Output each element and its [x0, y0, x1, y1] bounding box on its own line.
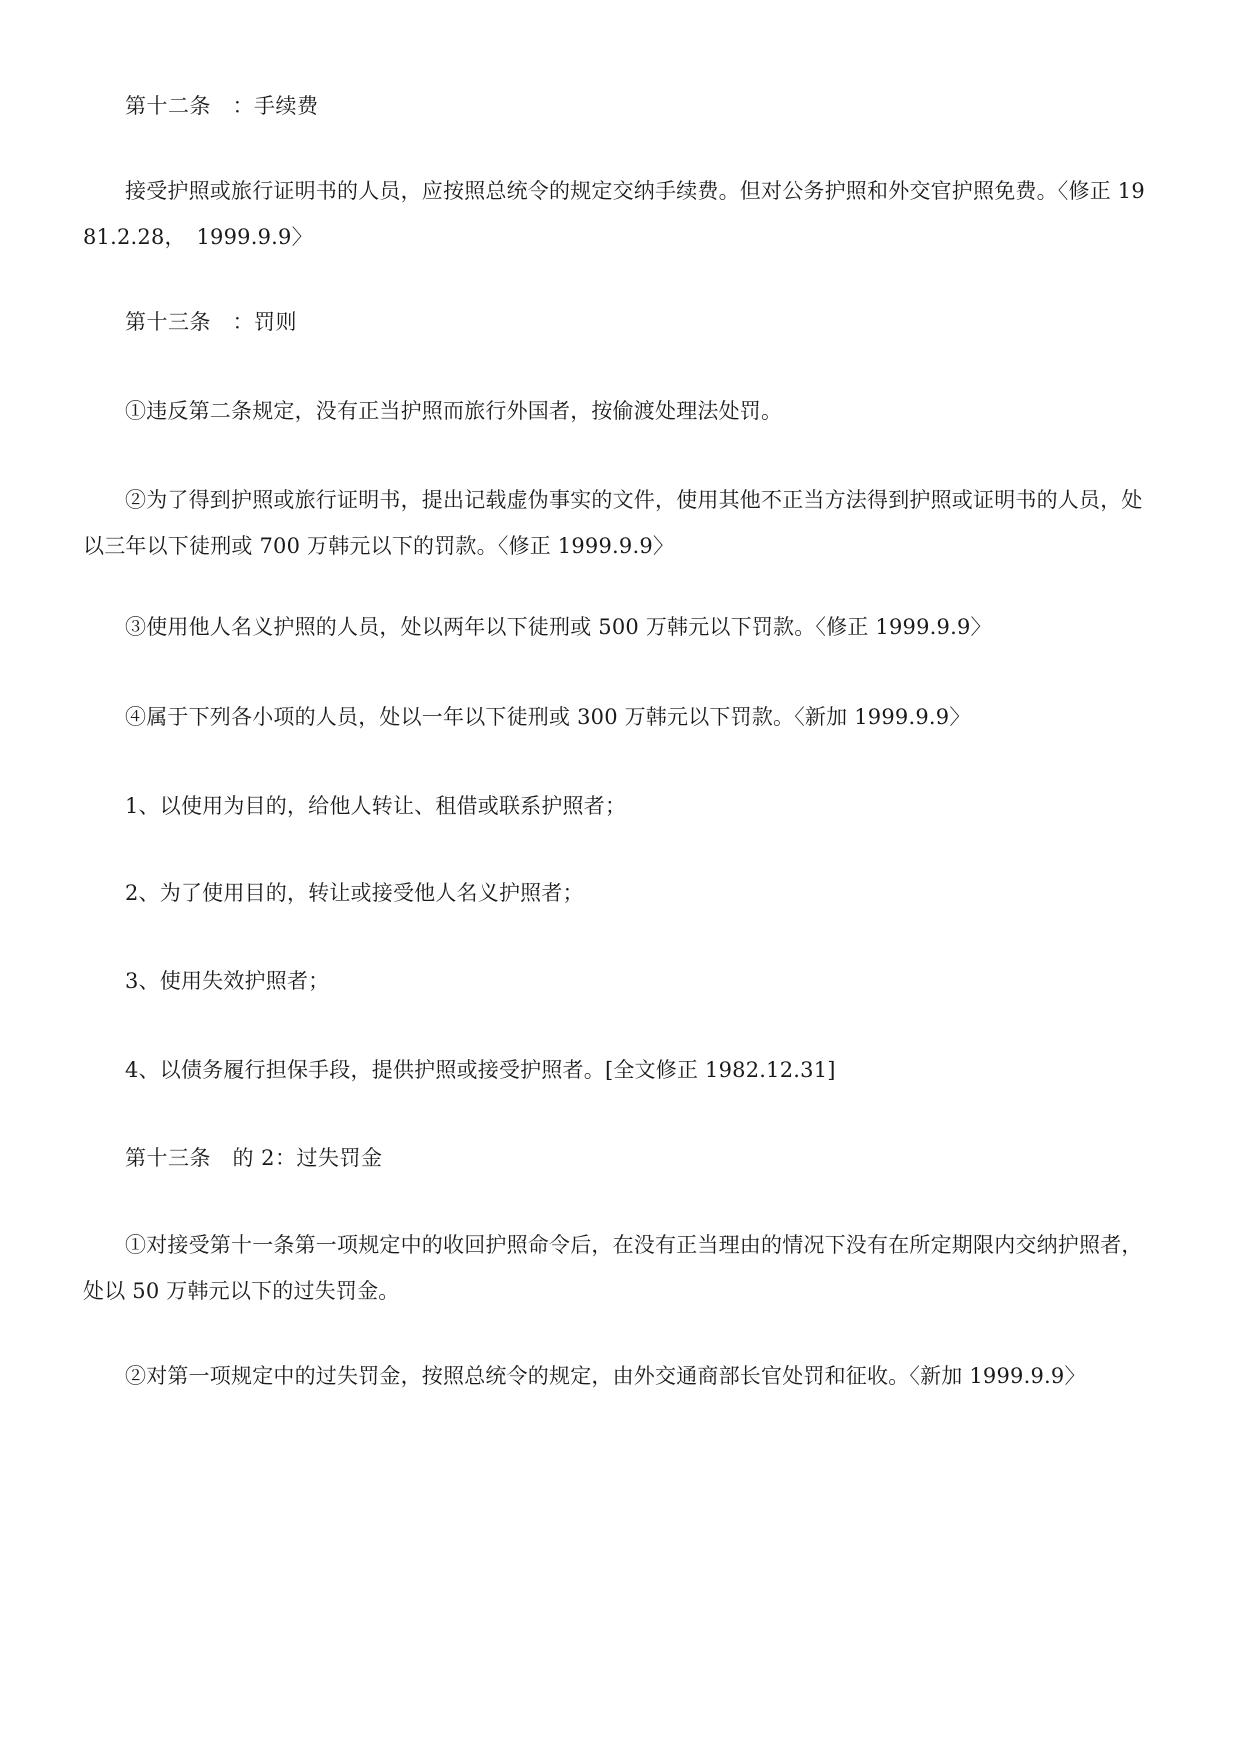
article-13-2-clause-2: ②对第一项规定中的过失罚金，按照总统令的规定，由外交通商部长官处罚和征收。〈新加… — [83, 1353, 1158, 1399]
article-13-clause-1: ①违反第二条规定，没有正当护照而旅行外国者，按偷渡处理法处罚。 — [83, 388, 1158, 434]
article-12-body: 接受护照或旅行证明书的人员，应按照总统令的规定交纳手续费。但对公务护照和外交官护… — [83, 168, 1158, 260]
article-13-subitem-1: 1、以使用为目的，给他人转让、租借或联系护照者； — [83, 783, 1158, 829]
article-13-heading: 第十三条 ：罚则 — [83, 299, 1158, 345]
article-12-heading: 第十二条 ：手续费 — [83, 83, 1158, 129]
article-13-subitem-3: 3、使用失效护照者； — [83, 958, 1158, 1004]
article-13-clause-4: ④属于下列各小项的人员，处以一年以下徒刑或 300 万韩元以下罚款。〈新加 19… — [83, 694, 1158, 740]
article-13-clause-2: ②为了得到护照或旅行证明书，提出记载虚伪事实的文件，使用其他不正当方法得到护照或… — [83, 477, 1158, 569]
article-13-2-heading: 第十三条 的 2：过失罚金 — [83, 1135, 1158, 1181]
article-13-subitem-2: 2、为了使用目的，转让或接受他人名义护照者； — [83, 870, 1158, 916]
article-13-2-clause-1: ①对接受第十一条第一项规定中的收回护照命令后，在没有正当理由的情况下没有在所定期… — [83, 1222, 1158, 1314]
article-13-subitem-4: 4、以债务履行担保手段，提供护照或接受护照者。[全文修正 1982.12.31] — [83, 1047, 1158, 1093]
article-13-clause-3: ③使用他人名义护照的人员，处以两年以下徒刑或 500 万韩元以下罚款。〈修正 1… — [83, 604, 1158, 650]
